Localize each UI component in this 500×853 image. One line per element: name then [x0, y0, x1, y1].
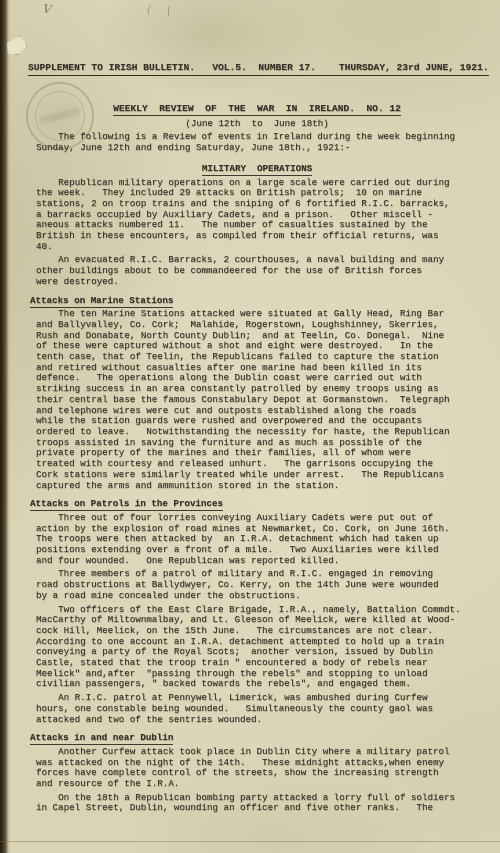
paragraph: The ten Marine Stations attacked were si…: [36, 309, 478, 491]
section-patrols-provinces: Attacks on Patrols in the Provinces Thre…: [36, 499, 478, 725]
handwritten-mark: ( |: [147, 3, 177, 18]
document-page: V ( | SUPPLEMENT TO IRISH BULLETIN. VOL.…: [0, 0, 500, 853]
section-heading-text: Attacks on Marine Stations: [30, 295, 173, 308]
page-binding-edge: [0, 0, 10, 853]
paragraph: An R.I.C. patrol at Pennywell, Limerick,…: [36, 693, 478, 725]
section-heading: Attacks on Patrols in the Provinces: [30, 499, 478, 510]
paragraph: On the 18th a Republican bombing party a…: [36, 793, 478, 814]
handwritten-mark: V: [42, 1, 53, 16]
paragraph: Three members of a patrol of military an…: [36, 569, 478, 601]
page-title-text: WEEKLY REVIEW OF THE WAR IN IRELAND. NO.…: [113, 103, 401, 116]
section-marine-stations: Attacks on Marine Stations The ten Marin…: [36, 296, 478, 492]
date-range: (June 12th to June 18th): [36, 119, 478, 130]
section-military-operations: MILITARY OPERATIONS Republican military …: [36, 164, 478, 288]
intro-paragraph: The following is a Review of events in I…: [36, 132, 478, 153]
masthead: SUPPLEMENT TO IRISH BULLETIN. VOL.5. NUM…: [28, 62, 489, 76]
section-heading: Attacks on Marine Stations: [30, 296, 478, 307]
section-attacks-dublin: Attacks in and near Dublin Another Curfe…: [36, 733, 478, 814]
section-heading-text: Attacks in and near Dublin: [30, 732, 173, 745]
section-heading-text: Attacks on Patrols in the Provinces: [30, 498, 223, 511]
section-heading: Attacks in and near Dublin: [30, 733, 478, 744]
paragraph: Another Curfew attack took place in Dubl…: [36, 747, 478, 790]
paragraph: Two officers of the East Clare Brigade, …: [36, 605, 478, 691]
paragraph: An evacuated R.I.C. Barracks, 2 courthou…: [36, 255, 478, 287]
paragraph: Three out of four lorries conveying Auxi…: [36, 513, 478, 567]
paragraph: Republican military operations on a larg…: [36, 178, 478, 253]
page-bottom-edge: [0, 842, 500, 853]
section-heading-text: MILITARY OPERATIONS: [202, 163, 312, 176]
page-title: WEEKLY REVIEW OF THE WAR IN IRELAND. NO.…: [36, 104, 478, 115]
section-heading: MILITARY OPERATIONS: [36, 164, 478, 175]
